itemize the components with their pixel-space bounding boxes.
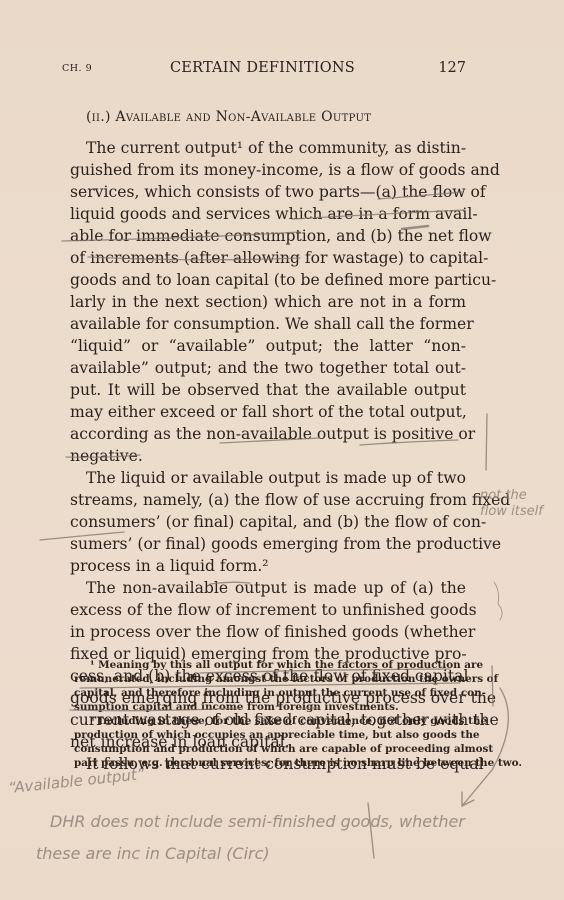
body-line: excess of the flow of increment to unfin… — [70, 599, 466, 621]
body-line: available for consumption. We shall call… — [70, 313, 466, 335]
running-head: CH. 9 CERTAIN DEFINITIONS 127 — [62, 60, 466, 80]
body-line: negative. — [70, 445, 466, 467]
footnote-line: capital, and therefore including in outp… — [74, 686, 466, 700]
body-line: larly in the next section) which are not… — [70, 291, 466, 313]
pencil-note: DHR does not include semi-finished goods… — [50, 812, 465, 831]
body-line: goods and to loan capital (to be defined… — [70, 269, 466, 291]
section-heading: (ii.) Available and Non-Available Output — [86, 109, 371, 125]
body-line: guished from its money-income, is a flow… — [70, 159, 466, 181]
body-line: The liquid or available output is made u… — [86, 467, 466, 489]
margin-line — [486, 414, 487, 470]
footnote-line: consumption and production of which are … — [74, 742, 466, 756]
body-line: put. It will be observed that the availa… — [70, 379, 466, 401]
body-line: liquid goods and services which are in a… — [70, 203, 466, 225]
body-line: process in a liquid form.² — [70, 555, 466, 577]
body-line: able for immediate consumption, and (b) … — [70, 225, 466, 247]
body-line: of increments (after allowing for wastag… — [70, 247, 466, 269]
margin-note-line: not the — [480, 488, 543, 504]
body-line: consumers’ (or final) capital, and (b) t… — [70, 511, 466, 533]
body-line: according as the non-available output is… — [70, 423, 466, 445]
chapter-label: CH. 9 — [62, 63, 92, 74]
body-line: The non-available output is made up of (… — [86, 577, 466, 599]
footnote-line: ² Including in these, for the sake of co… — [90, 714, 466, 728]
arrow-head — [462, 792, 474, 806]
scribble-mark — [494, 582, 502, 620]
body-line: may either exceed or fall short of the t… — [70, 401, 466, 423]
body-line: sumers’ (or final) goods emerging from t… — [70, 533, 466, 555]
footnote-line: sumption capital and income from foreign… — [74, 700, 466, 714]
body-line: services, which consists of two parts—(a… — [70, 181, 466, 203]
book-page: CH. 9 CERTAIN DEFINITIONS 127 (ii.) Avai… — [0, 0, 564, 900]
pencil-note: these are inc in Capital (Circ) — [36, 844, 270, 863]
chapter-title: CERTAIN DEFINITIONS — [170, 60, 355, 76]
footnote-line: remunerated, including amongst the facto… — [74, 672, 466, 686]
footnote-line: production of which occupies an apprecia… — [74, 728, 466, 742]
margin-note-line: flow itself — [480, 504, 543, 520]
page-number: 127 — [438, 60, 466, 76]
body-line: The current output¹ of the community, as… — [86, 137, 466, 159]
body-line: streams, namely, (a) the flow of use acc… — [70, 489, 466, 511]
footnote-line: ¹ Meaning by this all output for which t… — [90, 658, 466, 672]
body-line: in process over the flow of finished goo… — [70, 621, 466, 643]
body-line: “liquid” or “available” output; the latt… — [70, 335, 466, 357]
body-line: available” output; and the two together … — [70, 357, 466, 379]
margin-note: not the flow itself — [480, 488, 543, 520]
